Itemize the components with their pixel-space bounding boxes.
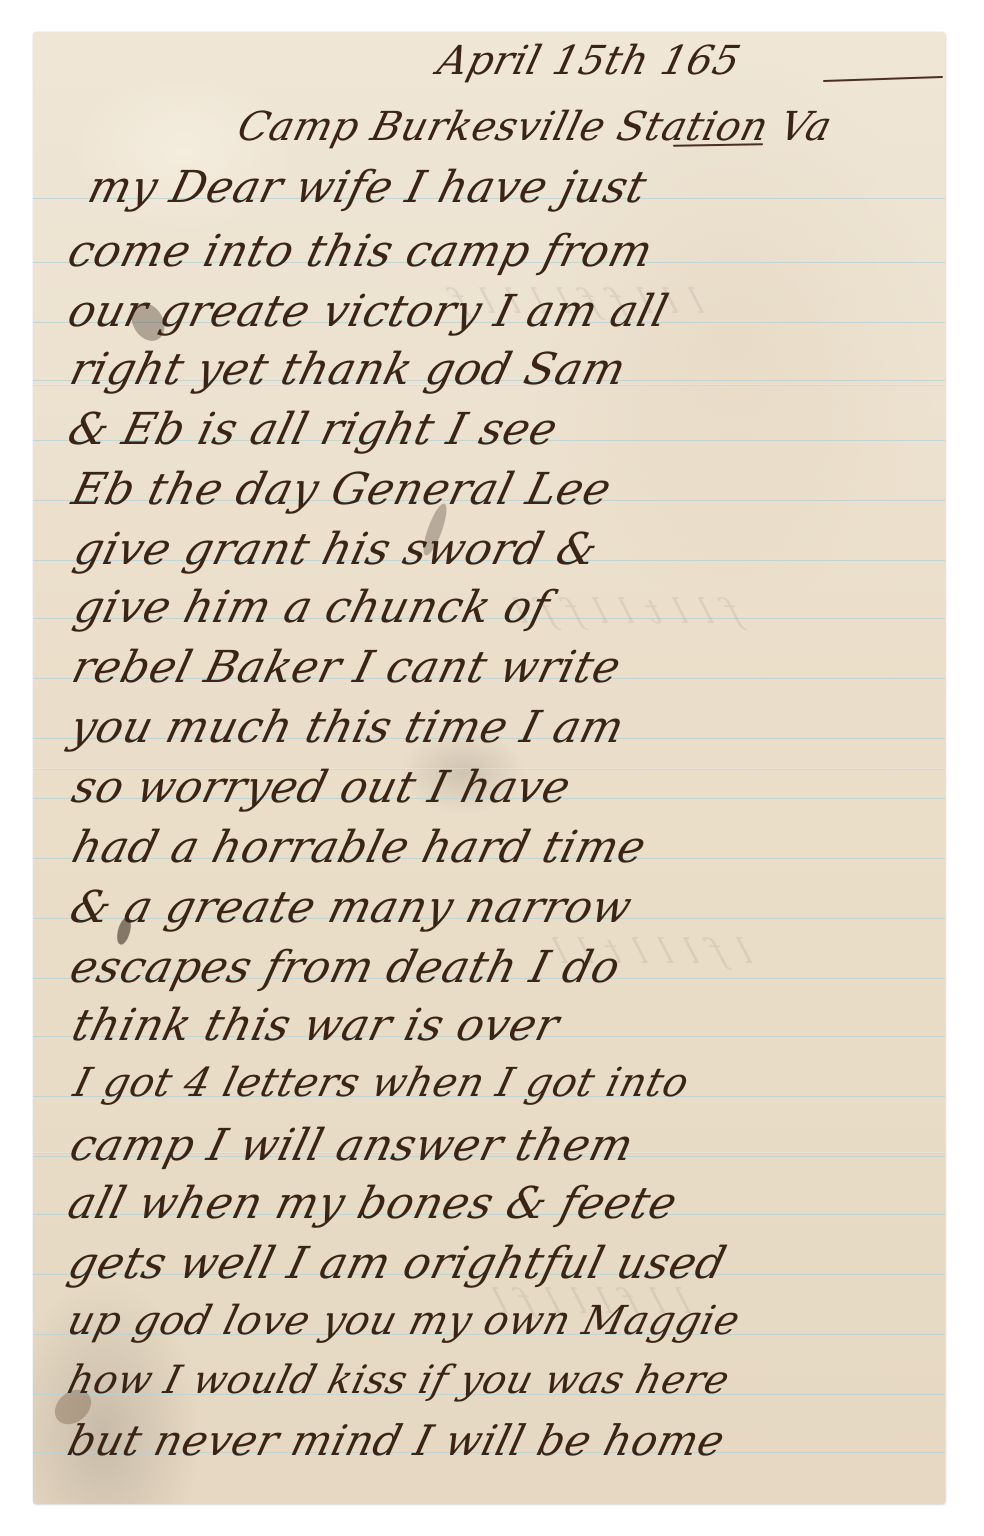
letter-line: but never mind I will be home (63, 1416, 730, 1465)
letter-line: had a horrable hard time (67, 822, 651, 873)
letter-line: come into this camp from (63, 226, 658, 277)
letter-line: camp I will answer them (65, 1120, 639, 1171)
letter-line: right yet thank god Sam (65, 344, 631, 395)
date-flourish (823, 76, 943, 82)
letter-line: I got 4 letters when I got into (69, 1060, 694, 1106)
letter-line: give grant his sword & (69, 524, 603, 575)
letter-line: gets well I am orightful used (63, 1238, 731, 1289)
letter-line: my Dear wife I have just (83, 162, 652, 213)
letter-date: April 15th 165 (433, 38, 745, 84)
letter-line: give him a chunck of (69, 582, 555, 633)
letter-line: think this war is over (67, 1000, 564, 1051)
letter-line: all when my bones & feete (63, 1178, 682, 1229)
letter-line: up god love you my own Maggie (63, 1298, 745, 1344)
letter-page: l l l f f l l l l f f l l t l l f f l l … (33, 32, 945, 1504)
letter-line: so worryed out I have (67, 762, 576, 813)
letter-line: & Eb is all right I see (63, 404, 563, 455)
letter-line: our greate victory I am all (63, 286, 674, 337)
letter-line: rebel Baker I cant write (67, 642, 626, 693)
letter-line: Eb the day General Lee (67, 464, 616, 515)
letter-line: escapes from death I do (65, 942, 625, 993)
letter-line: you much this time I am (65, 702, 629, 753)
letter-line: & a greate many narrow (65, 882, 637, 933)
letter-line: how I would kiss if you was here (63, 1358, 734, 1403)
